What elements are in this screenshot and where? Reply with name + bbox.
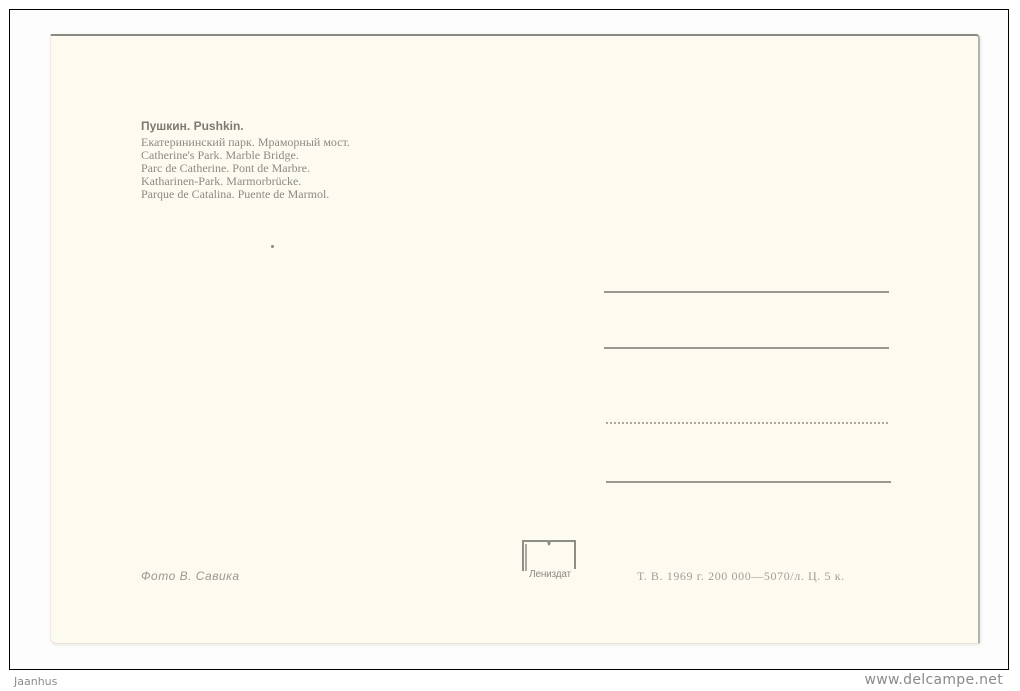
caption-block: Пушкин. Pushkin. Екатерининский парк. Мр… bbox=[141, 120, 350, 201]
caption-line-spanish: Parque de Catalina. Puente de Marmol. bbox=[141, 188, 350, 201]
address-line-3-dotted bbox=[606, 422, 888, 424]
print-speck bbox=[271, 245, 274, 248]
address-line-4 bbox=[606, 481, 891, 483]
publisher-logo: Лениздат bbox=[519, 539, 581, 583]
seller-watermark: Jaanhus bbox=[14, 675, 57, 688]
photo-credit: Фото В. Савика bbox=[141, 569, 240, 583]
address-line-1 bbox=[604, 291, 889, 293]
publisher-name: Лениздат bbox=[519, 569, 581, 580]
image-frame: Пушкин. Pushkin. Екатерининский парк. Мр… bbox=[9, 9, 1009, 670]
print-info: Т. В. 1969 г. 200 000—5070/л. Ц. 5 к. bbox=[637, 569, 845, 584]
caption-title: Пушкин. Pushkin. bbox=[141, 120, 350, 133]
open-book-icon bbox=[521, 539, 577, 571]
site-watermark: www.delcampe.net bbox=[864, 672, 1003, 688]
address-line-2 bbox=[604, 347, 889, 349]
postcard-back: Пушкин. Pushkin. Екатерининский парк. Мр… bbox=[50, 34, 980, 644]
